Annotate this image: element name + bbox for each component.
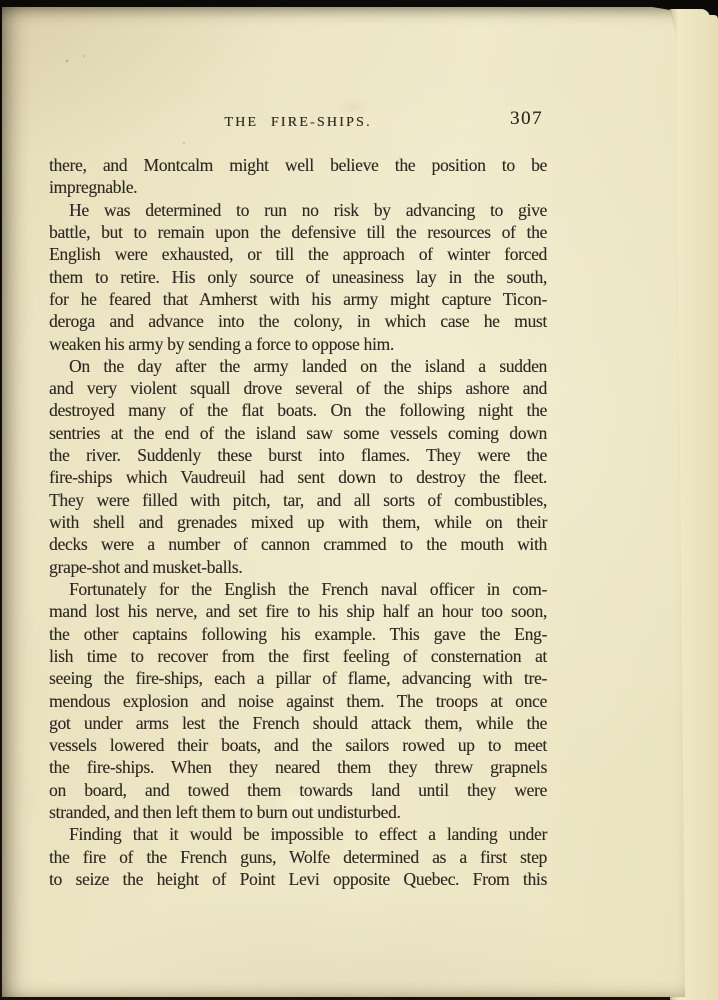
text-line: the fire of the French guns, Wolfe deter… [49, 846, 547, 868]
page-number: 307 [510, 108, 543, 130]
text-line: sentries at the end of the island saw so… [49, 422, 547, 444]
running-title: THE FIRE-SHIPS. [49, 115, 547, 131]
text-line: impregnable. [49, 176, 547, 198]
text-line: deroga and advance into the colony, in w… [49, 310, 547, 332]
text-line: got under arms lest the French should at… [49, 712, 547, 734]
text-line: stranded, and then left them to burn out… [49, 801, 547, 823]
text-line: They were filled with pitch, tar, and al… [49, 489, 547, 511]
text-line: for he feared that Amherst with his army… [49, 288, 547, 310]
scan-canvas: THE FIRE-SHIPS. 307 there, and Montcalm … [0, 0, 718, 1000]
text-line: mand lost his nerve, and set fire to his… [49, 600, 547, 622]
text-line: on board, and towed them towards land un… [49, 779, 547, 801]
page-text: there, and Montcalm might well believe t… [49, 154, 547, 890]
text-line: English were exhausted, or till the appr… [49, 243, 547, 265]
text-line: mendous explosion and noise against them… [49, 690, 547, 712]
text-line: fire-ships which Vaudreuil had sent down… [49, 466, 547, 488]
text-line: lish time to recover from the first feel… [49, 645, 547, 667]
text-line: decks were a number of cannon crammed to… [49, 533, 547, 555]
paragraph: there, and Montcalm might well believe t… [49, 154, 547, 199]
running-header: THE FIRE-SHIPS. 307 [49, 108, 547, 134]
text-line: On the day after the army landed on the … [49, 355, 547, 377]
text-line: seeing the fire-ships, each a pillar of … [49, 667, 547, 689]
text-line: and very violent squall drove several of… [49, 377, 547, 399]
paragraph: Finding that it would be impossible to e… [49, 823, 547, 890]
text-line: the other captains following his example… [49, 623, 547, 645]
text-line: destroyed many of the flat boats. On the… [49, 399, 547, 421]
paragraph: He was determined to run no risk by adva… [49, 199, 547, 355]
text-line: with shell and grenades mixed up with th… [49, 511, 547, 533]
text-line: battle, but to remain upon the defensive… [49, 221, 547, 243]
text-line: Finding that it would be impossible to e… [49, 823, 547, 845]
text-line: the river. Suddenly these burst into fla… [49, 444, 547, 466]
paragraph: Fortunately for the English the French n… [49, 578, 547, 823]
text-line: there, and Montcalm might well believe t… [49, 154, 547, 176]
text-line: them to retire. His only source of uneas… [49, 266, 547, 288]
text-line: the fire-ships. When they neared them th… [49, 756, 547, 778]
text-line: Fortunately for the English the French n… [49, 578, 547, 600]
text-line: weaken his army by sending a force to op… [49, 333, 547, 355]
paragraph: On the day after the army landed on the … [49, 355, 547, 578]
text-line: to seize the height of Point Levi opposi… [49, 868, 547, 890]
book-page: THE FIRE-SHIPS. 307 there, and Montcalm … [2, 7, 688, 997]
text-line: He was determined to run no risk by adva… [49, 199, 547, 221]
text-line: grape-shot and musket-balls. [49, 556, 547, 578]
text-line: vessels lowered their boats, and the sai… [49, 734, 547, 756]
